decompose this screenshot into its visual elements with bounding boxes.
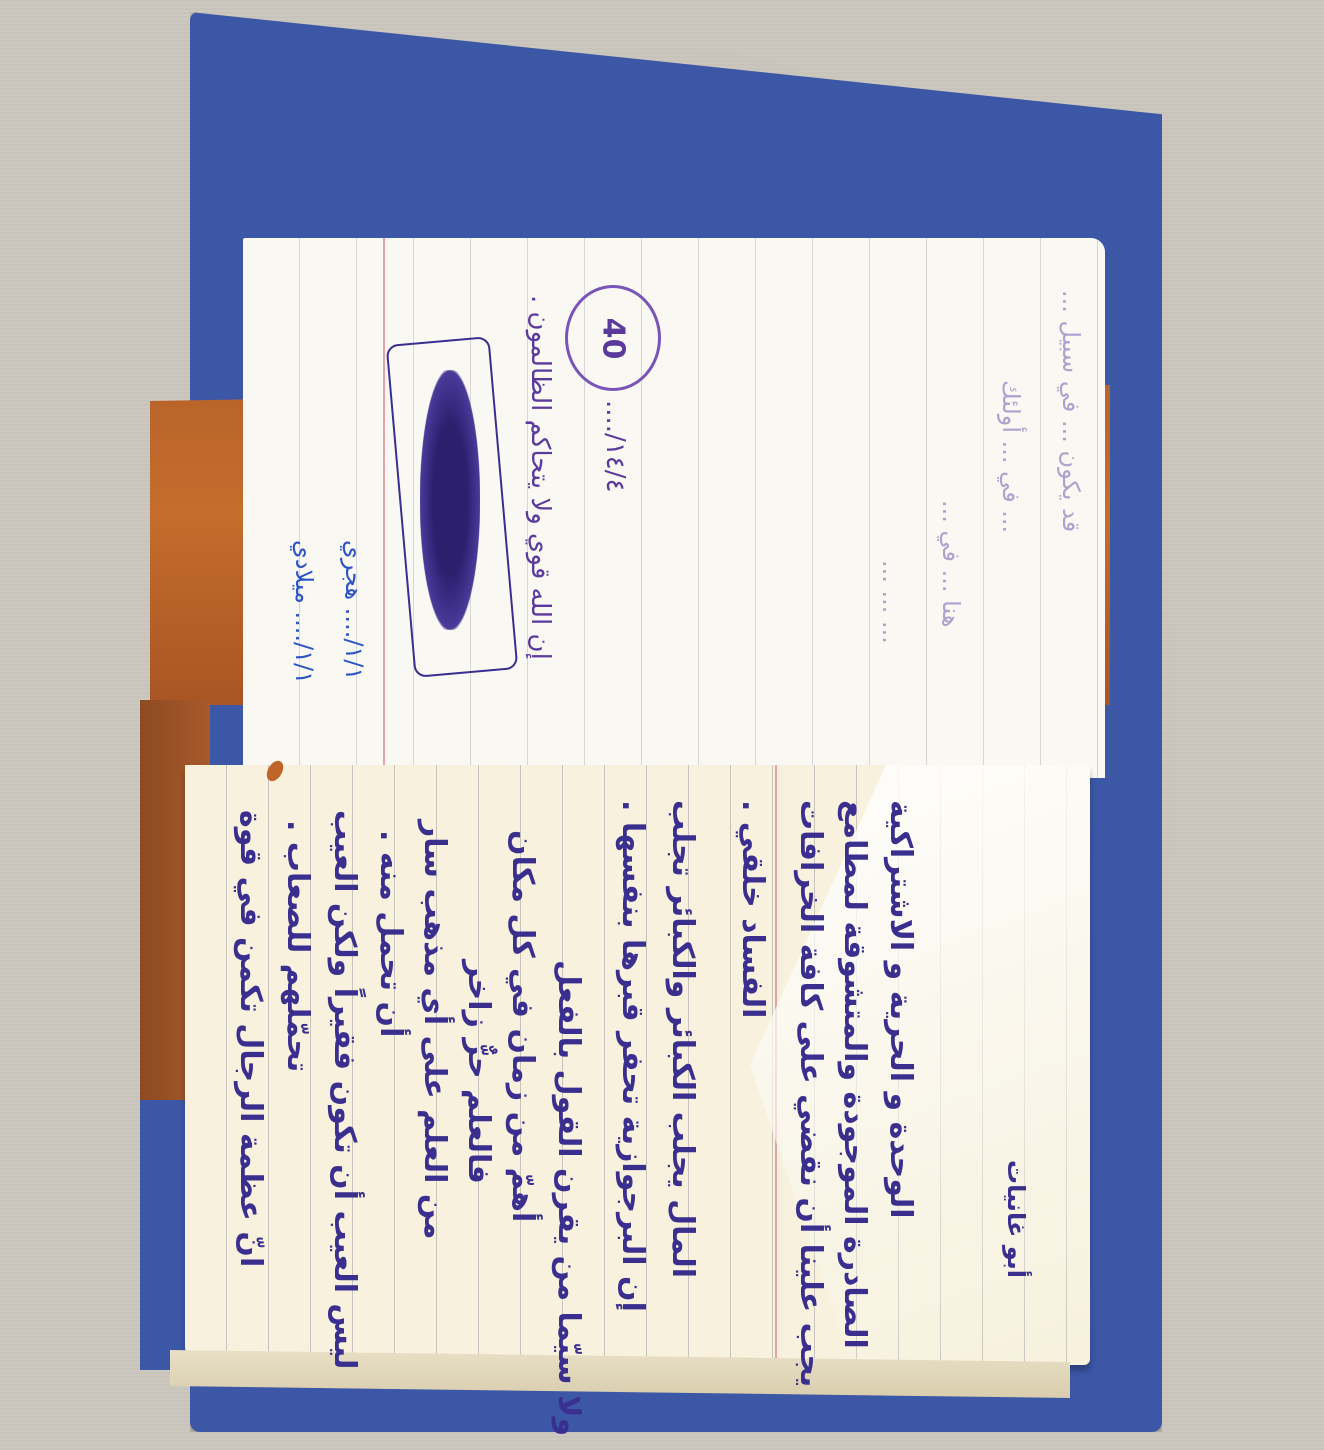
handwritten-line: فالعلم حرٌّ زاخر [461,960,496,1184]
handwritten-line: المال يجلب الكبائر والكبائر تجلب [665,800,700,1278]
blue-note: ١/١/.... ميلادي [290,540,318,684]
redaction-scribble [420,370,480,630]
blue-note: ١/١/.... هجري [340,540,368,680]
handwritten-line: ليس العيب أن تكون فقيراً ولكن العيب [327,810,362,1369]
signature: أبو غانيات [1002,1160,1030,1278]
handwritten-line: تحمّلهم للصعاب . [280,820,315,1072]
handwritten-line: أهمّ من زمان في كل مكان [505,830,540,1222]
stamp-number: 40 [596,317,631,359]
handwritten-line: أن تحمل منه . [373,830,408,1037]
handwritten-line: يجب علينا أن نقضي على كافة الخرافات [793,800,828,1387]
faded-line: هنا ... في ... [937,500,965,627]
handwritten-line: انّ عظمة الرجال تكمن في قوة [233,810,268,1267]
stamp-circle: 40 [565,285,661,391]
handwritten-line: الصادرة الموجودة والمتشوقة لمطامع [837,800,872,1349]
faded-line: قد يكون ... في سبيل ... [1057,290,1085,532]
handwritten-line: الفساد خلقي . [735,800,770,1018]
handwritten-line: إن البرجوازية تحفر قبرها بنفسها . [615,800,650,1312]
date-note: ١٤/٤/.... [600,400,630,492]
quote: إن الله قوي ولا يتحاكم الظالمون . [525,295,555,660]
faded-line: ... ... ... [877,560,905,644]
upper-page [243,238,1105,778]
faded-line: ... في ... أولئك [997,380,1025,533]
handwritten-line: الوحدة و الحرية و الاشتراكية [883,800,918,1219]
margin-line [383,238,385,778]
handwritten-line: من العلم على أي مذهب سار [417,820,452,1239]
handwritten-line: ولا سيّما من يقرن القول بالفعل [551,960,586,1436]
